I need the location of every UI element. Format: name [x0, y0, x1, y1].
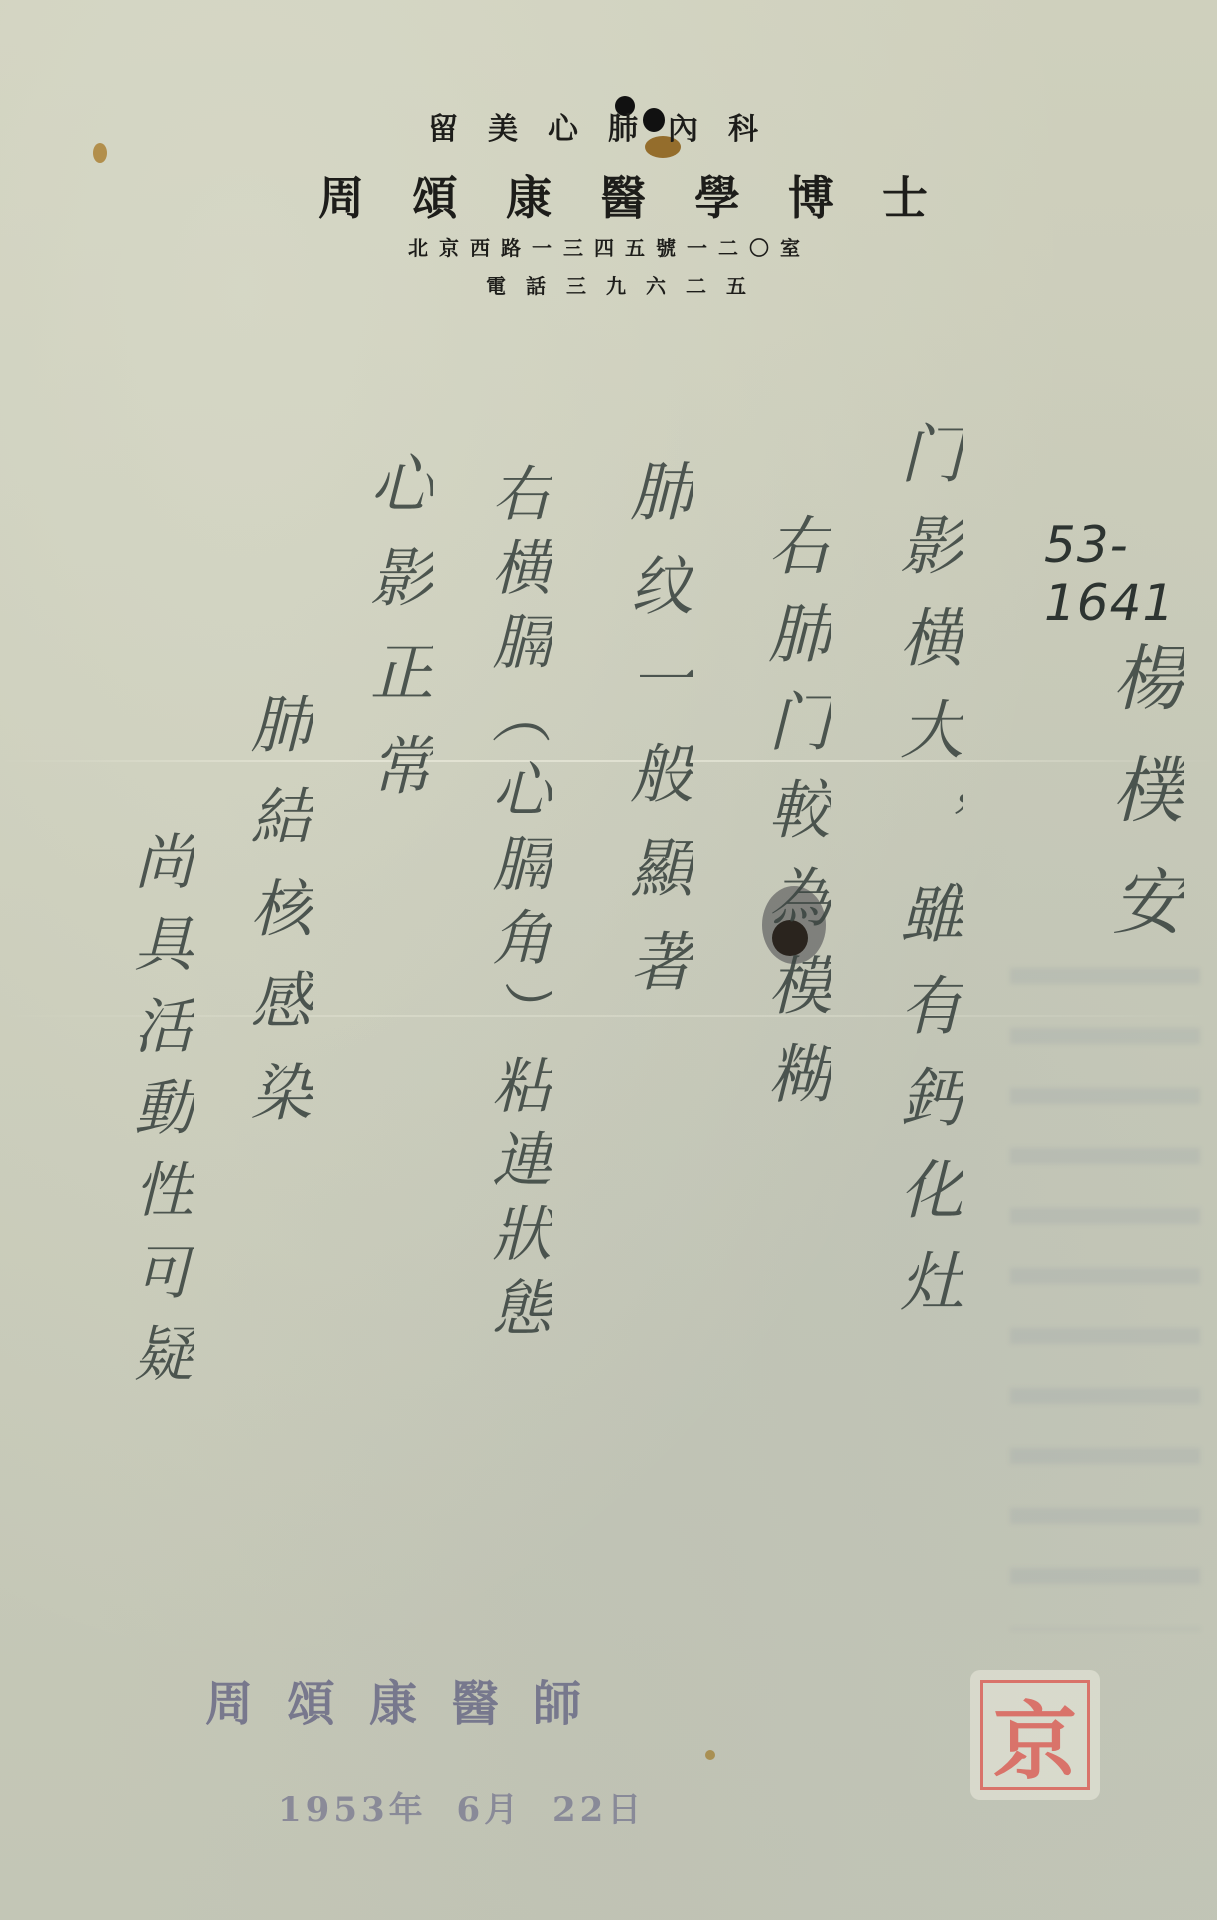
letterhead-phone: 電話三九六二五 [486, 270, 766, 299]
doctor-stamp: 周頌康醫師 [205, 1665, 615, 1734]
letterhead-doctor-title: 周頌康醫學博士 [318, 162, 976, 228]
bleed-through-stamp [1010, 950, 1200, 1630]
letterhead-specialty: 留美心肺內科 [428, 104, 788, 148]
ink-stain [705, 1750, 715, 1760]
finding-line: 肺結核感染 [232, 692, 321, 1152]
finding-line: 右横膈（心膈角）粘連狀態 [474, 462, 560, 1350]
finding-line: 门影横大，雖有鈣化灶 [880, 420, 972, 1340]
ink-stain [93, 143, 107, 163]
finding-line: 右肺门較為模糊 [748, 512, 840, 1128]
red-seal: 京 [970, 1670, 1100, 1800]
finding-line: 尚具活動性可疑 [116, 830, 202, 1404]
patient-name: 楊樸安 [1090, 640, 1194, 976]
finding-line: 心影正常 [350, 450, 442, 826]
document-paper: 留美心肺內科 周頌康醫學博士 北京西路一三四五號一二〇室 電話三九六二五 53-… [0, 0, 1217, 1920]
paper-fold-line [0, 760, 1217, 762]
seal-character: 京 [980, 1680, 1090, 1790]
date-stamp: 1953年 6月 22日 [278, 1782, 645, 1831]
letterhead-address: 北京西路一三四五號一二〇室 [408, 232, 811, 261]
finding-line: 肺纹一般顯著 [610, 458, 702, 1022]
record-number: 53-1641 [1044, 516, 1217, 632]
